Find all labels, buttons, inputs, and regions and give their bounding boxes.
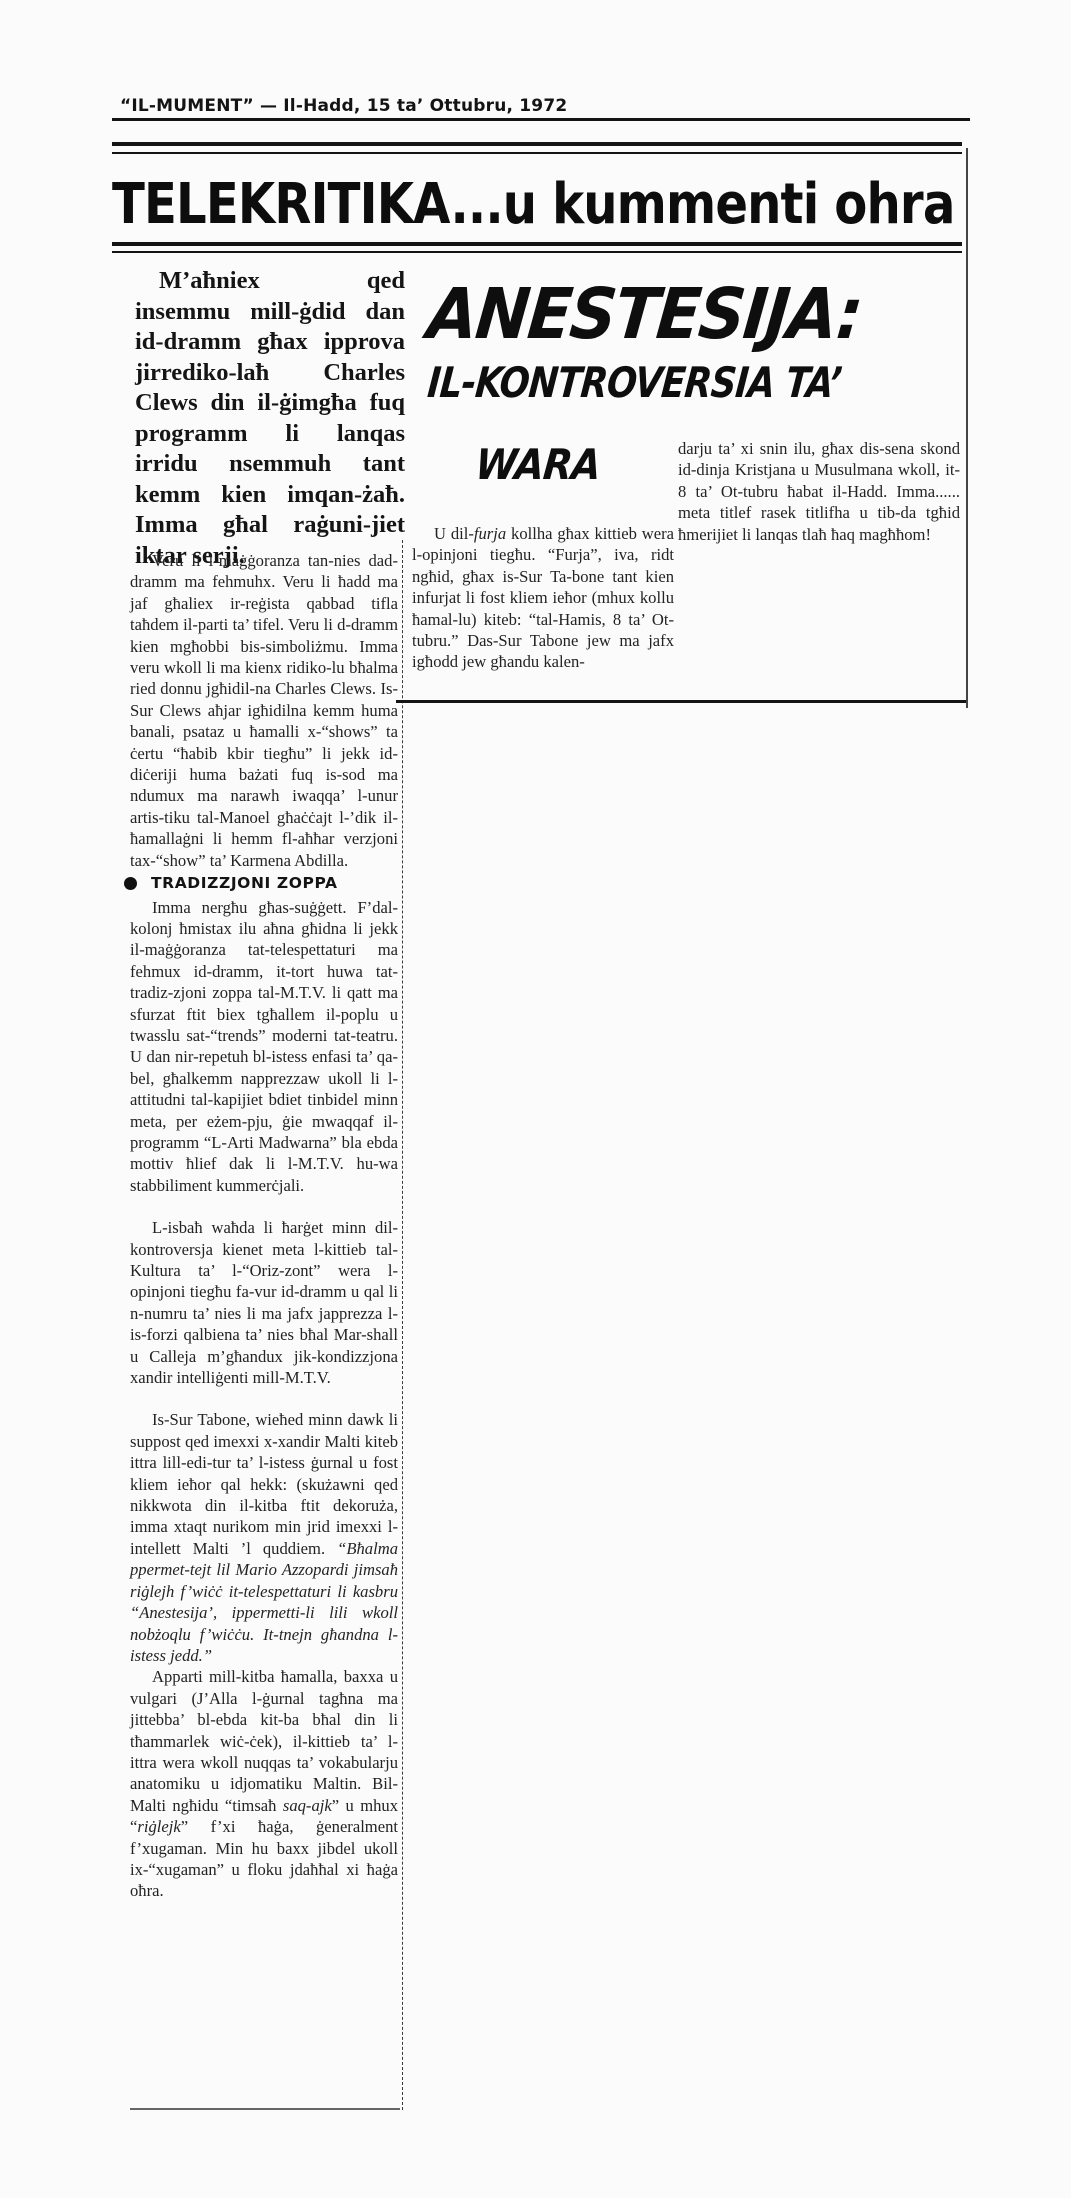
- article-bottom-rule: [396, 700, 966, 703]
- headline-bottom-rule-thin: [112, 251, 962, 253]
- lede-text: M’aħniex qed insemmu mill-ġdid dan id-dr…: [135, 266, 405, 571]
- body-paragraph: Is-Sur Tabone, wieħed minn dawk li suppo…: [130, 1409, 398, 1666]
- article-title-line1: ANESTESIJA:: [424, 274, 865, 354]
- left-column-bottom-rule: [130, 2108, 400, 2110]
- body-paragraph: Apparti mill-kitba ħamalla, baxxa u vulg…: [130, 1666, 398, 1901]
- subheading-text: TRADIZZJONI ZOPPA: [151, 873, 338, 894]
- italic-term: saq-ajk: [283, 1796, 332, 1815]
- article-title-line3: WARA: [473, 440, 602, 490]
- newspaper-page: “IL-MUMENT” — Il-Hadd, 15 ta’ Ottubru, 1…: [0, 0, 1071, 2198]
- italic-term: riġlejk: [137, 1817, 180, 1836]
- article-column-1: U dil-furja kollha għax kittieb wera l-o…: [412, 523, 674, 673]
- article-title-line2: IL-KONTROVERSIA TA’: [426, 358, 844, 408]
- headline-top-rule-thin: [112, 152, 962, 154]
- subheading: TRADIZZJONI ZOPPA: [124, 873, 398, 894]
- italic-term: furja: [474, 524, 506, 543]
- headline-bottom-rule: [112, 242, 962, 246]
- lede-paragraph: M’aħniex qed insemmu mill-ġdid dan id-dr…: [135, 266, 405, 571]
- body-paragraph: Veru li l-maġġoranza tan-nies dad-dramm …: [130, 550, 398, 871]
- left-column: Veru li l-maġġoranza tan-nies dad-dramm …: [130, 550, 398, 1902]
- section-headline: TELEKRITIKA...u kummenti ohra: [112, 170, 852, 240]
- column-divider: [402, 540, 404, 2110]
- folio-dateline: “IL-MUMENT” — Il-Hadd, 15 ta’ Ottubru, 1…: [120, 96, 567, 116]
- headline-top-rule: [112, 142, 962, 146]
- body-text: kollha għax kittieb wera l-opinjoni tieg…: [412, 524, 674, 671]
- body-paragraph: L-isbaħ waħda li ħarġet minn dil-kontrov…: [130, 1217, 398, 1388]
- right-border-line: [966, 148, 968, 708]
- article-paragraph: U dil-furja kollha għax kittieb wera l-o…: [412, 523, 674, 673]
- body-text: Apparti mill-kitba ħamalla, baxxa u vulg…: [130, 1667, 398, 1814]
- folio-rule: [112, 118, 970, 121]
- article-paragraph: darju ta’ xi snin ilu, għax dis-sena sko…: [678, 438, 960, 545]
- bullet-icon: [124, 877, 137, 890]
- body-paragraph: Imma nergħu għas-suġġett. F’dal-kolonj ħ…: [130, 897, 398, 1197]
- body-text: U dil-: [434, 524, 474, 543]
- article-column-2: darju ta’ xi snin ilu, għax dis-sena sko…: [678, 438, 960, 545]
- body-text: Is-Sur Tabone, wieħed minn dawk li suppo…: [130, 1410, 398, 1557]
